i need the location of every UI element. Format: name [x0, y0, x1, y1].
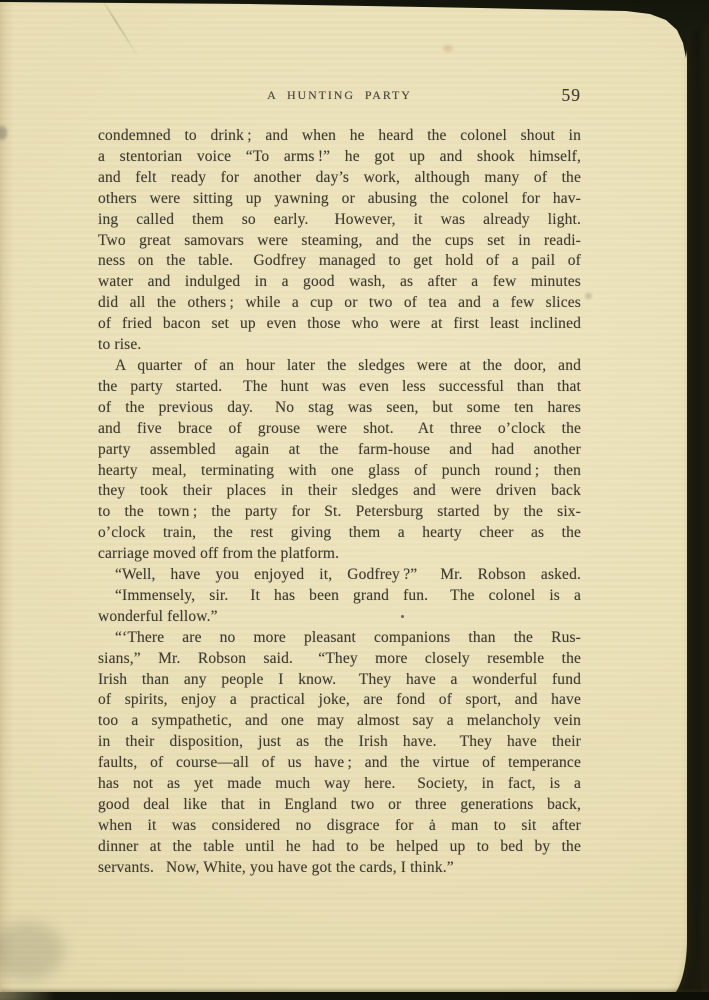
text-line: “Well, have you enjoyed it, Godfrey ?” M… [98, 565, 581, 586]
paper-fleck [585, 293, 592, 299]
text-line: water and indulged in a good wash, as af… [98, 272, 581, 293]
text-line: carriage moved off from the platform. [98, 544, 581, 565]
book-bottom-edge-shadow [0, 992, 709, 1000]
text-line: o’clock train, the rest giving them a he… [98, 523, 581, 544]
text-line: others were sitting up yawning or abusin… [98, 189, 581, 210]
text-line: Two great samovars were steaming, and th… [98, 231, 581, 252]
running-title: A HUNTING PARTY [98, 88, 581, 103]
text-line: and felt ready for another day’s work, a… [98, 168, 581, 189]
running-head: A HUNTING PARTY 59 [98, 88, 581, 108]
text-line: servants. Now, White, you have got the c… [98, 858, 581, 879]
text-line: party assembled again at the farm-house … [98, 440, 581, 461]
text-line: too a sympathetic, and one may almost sa… [98, 711, 581, 732]
text-line: Irish than any people I know. They have … [98, 670, 581, 691]
text-line: of spirits, enjoy a practical joke, are … [98, 690, 581, 711]
paper-crease [99, 0, 140, 59]
text-line: A quarter of an hour later the sledges w… [98, 356, 581, 377]
text-line: condemned to drink ; and when he heard t… [98, 126, 581, 147]
scanned-book-photo: A HUNTING PARTY 59 condemned to drink ; … [0, 0, 709, 1000]
text-line: hearty meal, terminating with one glass … [98, 461, 581, 482]
text-line: of the previous day. No stag was seen, b… [98, 398, 581, 419]
text-line: when it was considered no disgrace for a… [98, 816, 581, 837]
text-line: has not as yet made much way here. Socie… [98, 774, 581, 795]
text-line: did all the others ; while a cup or two … [98, 293, 581, 314]
text-line: good deal like that in England two or th… [98, 795, 581, 816]
body-text: condemned to drink ; and when he heard t… [98, 126, 581, 879]
text-line: faults, of course—all of us have ; and t… [98, 753, 581, 774]
text-line: of fried bacon set up even those who wer… [98, 314, 581, 335]
text-line: to rise. [98, 335, 581, 356]
foxing-spot [443, 45, 453, 52]
book-page: A HUNTING PARTY 59 condemned to drink ; … [0, 0, 687, 1000]
text-line: the party started. The hunt was even les… [98, 377, 581, 398]
text-line: dinner at the table until he had to be h… [98, 837, 581, 858]
text-line: sians,” Mr. Robson said. “They more clos… [98, 649, 581, 670]
text-line: ness on the table. Godfrey managed to ge… [98, 251, 581, 272]
text-line: “‘There are no more pleasant companions … [98, 628, 581, 649]
text-line: “Immensely, sir. It has been grand fun. … [98, 586, 581, 607]
paper-smudge [0, 922, 64, 980]
text-line: wonderful fellow.” [98, 607, 581, 628]
text-line: they took their places in their sledges … [98, 481, 581, 502]
page-number: 59 [562, 85, 582, 106]
text-line: in their disposition, just as the Irish … [98, 732, 581, 753]
paper-smudge [0, 126, 7, 140]
text-line: ing called them so early. However, it wa… [98, 210, 581, 231]
text-line: and five brace of grouse were shot. At t… [98, 419, 581, 440]
text-line: to the town ; the party for St. Petersbu… [98, 502, 581, 523]
text-line: a stentorian voice “To arms !” he got up… [98, 147, 581, 168]
